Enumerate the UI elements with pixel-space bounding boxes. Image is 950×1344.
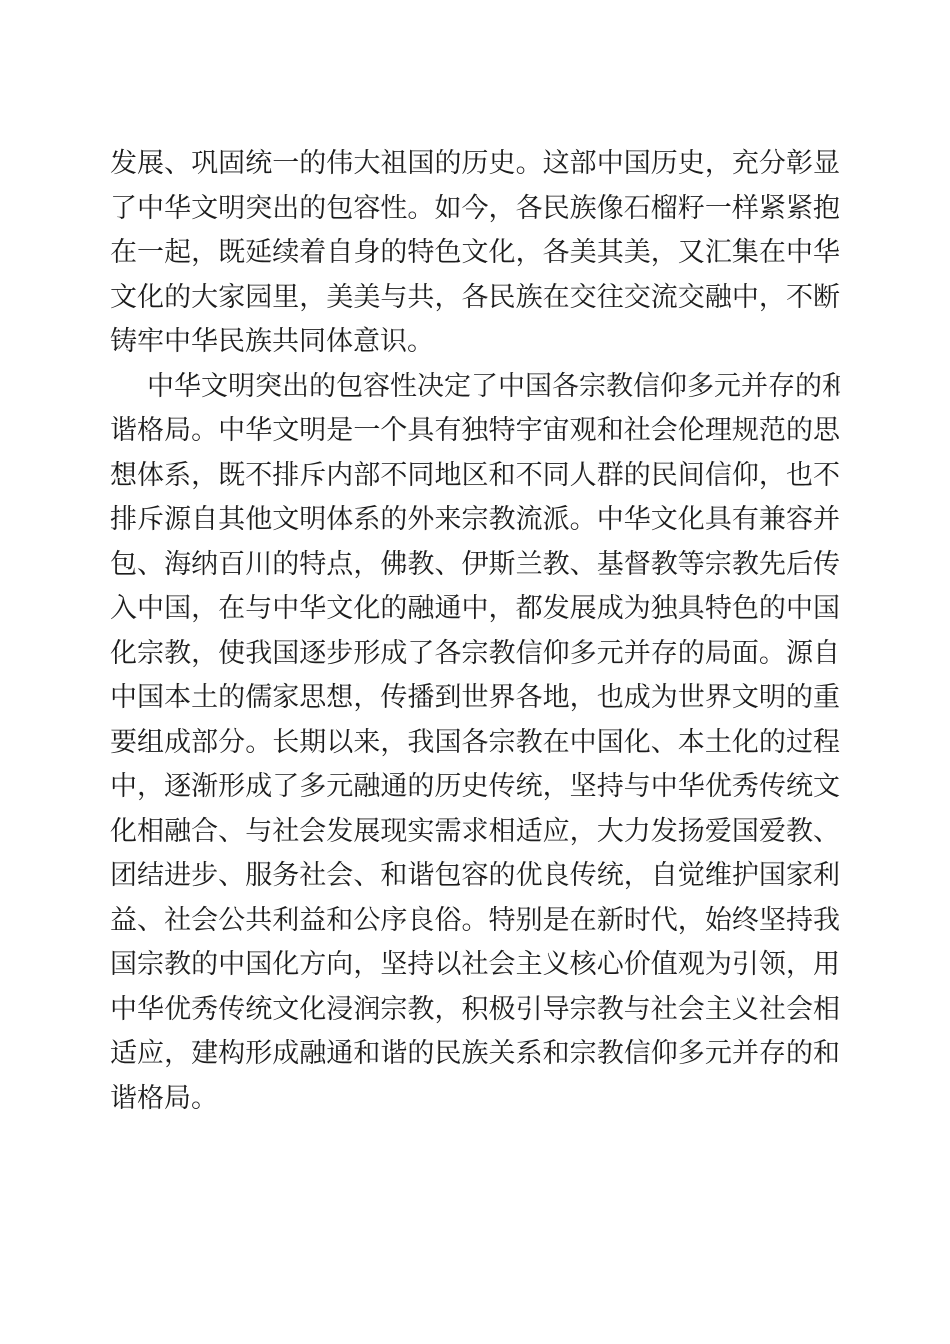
text-line: 入中国，在与中华文化的融通中，都发展成为独具特色的中国 xyxy=(110,586,840,631)
text-line: 中华文明突出的包容性决定了中国各宗教信仰多元并存的和 xyxy=(110,364,840,409)
paragraph-2: 中华文明突出的包容性决定了中国各宗教信仰多元并存的和谐格局。中华文明是一个具有独… xyxy=(110,364,840,1121)
text-line: 中华优秀传统文化浸润宗教，积极引导宗教与社会主义社会相 xyxy=(110,987,840,1032)
text-line: 团结进步、服务社会、和谐包容的优良传统，自觉维护国家利 xyxy=(110,853,840,898)
text-line: 适应，建构形成融通和谐的民族关系和宗教信仰多元并存的和 xyxy=(110,1031,840,1076)
text-line: 中，逐渐形成了多元融通的历史传统，坚持与中华优秀传统文 xyxy=(110,764,840,809)
text-line: 在一起，既延续着自身的特色文化，各美其美，又汇集在中华 xyxy=(110,230,840,275)
text-line: 国宗教的中国化方向，坚持以社会主义核心价值观为引领，用 xyxy=(110,942,840,987)
text-line: 排斥源自其他文明体系的外来宗教流派。中华文化具有兼容并 xyxy=(110,497,840,542)
text-line: 包、海纳百川的特点，佛教、伊斯兰教、基督教等宗教先后传 xyxy=(110,542,840,587)
text-line: 化相融合、与社会发展现实需求相适应，大力发扬爱国爱教、 xyxy=(110,809,840,854)
text-line: 发展、巩固统一的伟大祖国的历史。这部中国历史，充分彰显 xyxy=(110,141,840,186)
text-line: 了中华文明突出的包容性。如今，各民族像石榴籽一样紧紧抱 xyxy=(110,186,840,231)
text-line: 谐格局。 xyxy=(110,1076,840,1121)
document-page: 发展、巩固统一的伟大祖国的历史。这部中国历史，充分彰显了中华文明突出的包容性。如… xyxy=(0,0,950,1344)
text-line: 想体系，既不排斥内部不同地区和不同人群的民间信仰，也不 xyxy=(110,453,840,498)
text-line: 文化的大家园里，美美与共，各民族在交往交流交融中，不断 xyxy=(110,275,840,320)
text-line: 铸牢中华民族共同体意识。 xyxy=(110,319,840,364)
text-line: 益、社会公共利益和公序良俗。特别是在新时代，始终坚持我 xyxy=(110,898,840,943)
text-line: 化宗教，使我国逐步形成了各宗教信仰多元并存的局面。源自 xyxy=(110,631,840,676)
text-line: 谐格局。中华文明是一个具有独特宇宙观和社会伦理规范的思 xyxy=(110,408,840,453)
text-line: 要组成部分。长期以来，我国各宗教在中国化、本土化的过程 xyxy=(110,720,840,765)
text-line: 中国本土的儒家思想，传播到世界各地，也成为世界文明的重 xyxy=(110,675,840,720)
paragraph-1: 发展、巩固统一的伟大祖国的历史。这部中国历史，充分彰显了中华文明突出的包容性。如… xyxy=(110,141,840,364)
document-text-block: 发展、巩固统一的伟大祖国的历史。这部中国历史，充分彰显了中华文明突出的包容性。如… xyxy=(110,141,840,1120)
